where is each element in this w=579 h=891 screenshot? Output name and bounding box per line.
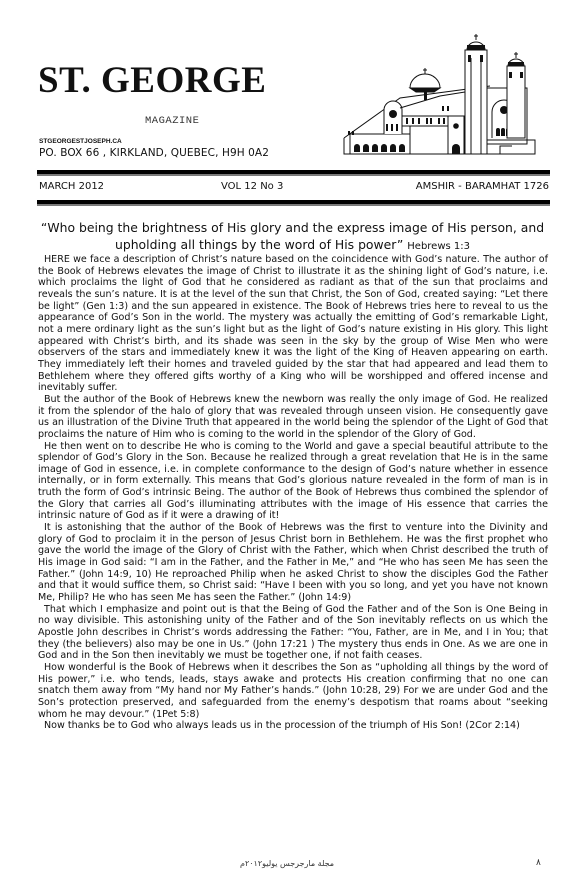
article-paragraph: HERE we face a description of Christ’s n… bbox=[38, 254, 548, 394]
article-paragraph: It is astonishing that the author of the… bbox=[38, 522, 548, 604]
article-paragraph: Now thanks be to God who always leads us… bbox=[38, 720, 548, 732]
masthead-title: ST. GEORGE bbox=[38, 62, 266, 99]
masthead-subtitle: MAGAZINE bbox=[145, 115, 199, 127]
issue-date: MARCH 2012 bbox=[39, 181, 104, 192]
issue-coptic-date: AMSHIR - BARAMHAT 1726 bbox=[416, 181, 549, 192]
article-paragraph: That which I emphasize and point out is … bbox=[38, 604, 548, 662]
epigraph-reference: Hebrews 1:3 bbox=[407, 241, 470, 252]
article-body: HERE we face a description of Christ’s n… bbox=[38, 254, 548, 732]
issue-volume: VOL 12 No 3 bbox=[221, 181, 283, 192]
header-rule-bottom bbox=[37, 200, 550, 206]
article-paragraph: He then went on to describe He who is co… bbox=[38, 441, 548, 523]
issue-info-bar: MARCH 2012 VOL 12 No 3 AMSHIR - BARAMHAT… bbox=[39, 181, 549, 195]
church-building-icon bbox=[340, 28, 550, 158]
website-link[interactable]: STGEORGESTJOSEPH.CA bbox=[39, 138, 122, 145]
footer-caption: مجلة مارجرجس يوليو٢٠١٢م bbox=[240, 859, 334, 868]
article-paragraph: How wonderful is the Book of Hebrews whe… bbox=[38, 662, 548, 720]
magazine-page: ST. GEORGE MAGAZINE STGEORGESTJOSEPH.CA … bbox=[0, 0, 579, 891]
article-paragraph: But the author of the Book of Hebrews kn… bbox=[38, 394, 548, 441]
mailing-address: PO. BOX 66 , KIRKLAND, QUEBEC, H9H 0A2 bbox=[39, 147, 269, 159]
header-rule-top bbox=[37, 170, 550, 176]
page-number: ٨ bbox=[536, 858, 541, 868]
epigraph-quote: “Who being the brightness of His glory a… bbox=[40, 219, 545, 255]
